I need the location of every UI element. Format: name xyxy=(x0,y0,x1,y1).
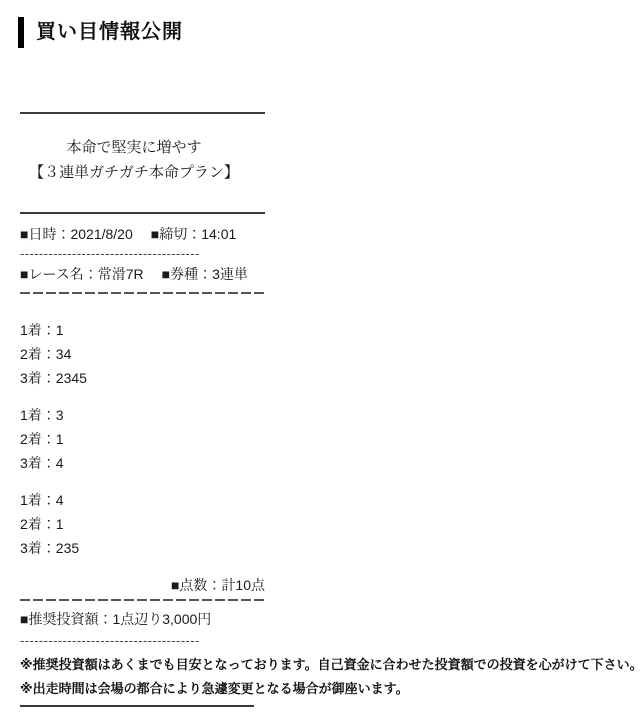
place-label: 2着： xyxy=(20,516,56,532)
divider-longdash-1 xyxy=(20,292,265,294)
horse-numbers: 235 xyxy=(56,540,79,556)
horse-numbers: 3 xyxy=(56,407,64,423)
bet-row: 2着：1 xyxy=(20,512,265,536)
divider-solid-bottom xyxy=(20,705,254,707)
date-label: ■日時： xyxy=(20,226,70,242)
horse-numbers: 1 xyxy=(56,431,64,447)
page-title: 買い目情報公開 xyxy=(36,17,183,48)
place-label: 3着： xyxy=(20,455,56,471)
plan-catchphrase: 本命で堅実に増やす xyxy=(20,135,248,160)
divider-solid-top xyxy=(20,112,265,114)
ticket-value: 3連単 xyxy=(212,266,248,282)
page: 買い目情報公開 本命で堅実に増やす 【３連単ガチガチ本命プラン】 ■日時：202… xyxy=(0,0,640,727)
horse-numbers: 1 xyxy=(56,322,64,338)
bet-row: 3着：235 xyxy=(20,536,265,560)
bet-row: 1着：1 xyxy=(20,318,265,342)
bet-group-1: 1着：1 2着：34 3着：2345 xyxy=(20,318,265,390)
race-ticket-row: ■レース名：常滑7R■券種：3連単 xyxy=(20,264,265,284)
place-label: 1着： xyxy=(20,322,56,338)
points-value: 計10点 xyxy=(221,577,265,593)
title-accent-bar xyxy=(18,17,24,48)
deadline-value: 14:01 xyxy=(201,226,236,242)
divider-solid-under-plan xyxy=(20,212,265,214)
bet-row: 1着：3 xyxy=(20,403,265,427)
place-label: 1着： xyxy=(20,492,56,508)
footnote-schedule: ※出走時間は会場の都合により急遽変更となる場合が御座います。 xyxy=(20,677,635,701)
footnotes: ※推奨投資額はあくまでも目安となっております。自己資金に合わせた投資額での投資を… xyxy=(20,653,635,701)
bet-group-2: 1着：3 2着：1 3着：4 xyxy=(20,403,265,475)
divider-dashed-2: -------------------------------------- xyxy=(20,631,265,651)
horse-numbers: 2345 xyxy=(56,370,87,386)
bet-list: 1着：1 2着：34 3着：2345 1着：3 2着：1 3着：4 1着：4 2… xyxy=(20,318,265,560)
ticket-label: ■券種： xyxy=(162,266,212,282)
place-label: 3着： xyxy=(20,370,56,386)
investment-label: ■推奨投資額： xyxy=(20,611,112,627)
horse-numbers: 1 xyxy=(56,516,64,532)
bet-row: 2着：1 xyxy=(20,427,265,451)
horse-numbers: 4 xyxy=(56,455,64,471)
footnote-investment: ※推奨投資額はあくまでも目安となっております。自己資金に合わせた投資額での投資を… xyxy=(20,653,635,677)
bet-row: 1着：4 xyxy=(20,488,265,512)
bet-group-3: 1着：4 2着：1 3着：235 xyxy=(20,488,265,560)
bet-row: 3着：4 xyxy=(20,451,265,475)
deadline-label: ■締切： xyxy=(151,226,201,242)
investment-value: 1点辺り3,000円 xyxy=(112,611,211,627)
place-label: 1着： xyxy=(20,407,56,423)
place-label: 2着： xyxy=(20,431,56,447)
plan-name: 【３連単ガチガチ本命プラン】 xyxy=(20,160,248,185)
date-value: 2021/8/20 xyxy=(70,226,132,242)
place-label: 3着： xyxy=(20,540,56,556)
horse-numbers: 34 xyxy=(56,346,72,362)
place-label: 2着： xyxy=(20,346,56,362)
divider-longdash-2 xyxy=(20,599,265,601)
race-label: ■レース名： xyxy=(20,266,98,282)
points-row: ■点数：計10点 xyxy=(20,573,265,597)
divider-dashed-1: -------------------------------------- xyxy=(20,244,265,264)
plan-header: 本命で堅実に増やす 【３連単ガチガチ本命プラン】 xyxy=(20,135,248,185)
points-label: ■点数： xyxy=(171,577,221,593)
race-value: 常滑7R xyxy=(98,266,144,282)
bet-row: 3着：2345 xyxy=(20,366,265,390)
content: 本命で堅実に増やす 【３連単ガチガチ本命プラン】 ■日時：2021/8/20■締… xyxy=(20,112,265,651)
date-deadline-row: ■日時：2021/8/20■締切：14:01 xyxy=(20,224,265,244)
investment-row: ■推奨投資額：1点辺り3,000円 xyxy=(20,607,265,631)
horse-numbers: 4 xyxy=(56,492,64,508)
page-header: 買い目情報公開 xyxy=(0,0,640,48)
bet-row: 2着：34 xyxy=(20,342,265,366)
